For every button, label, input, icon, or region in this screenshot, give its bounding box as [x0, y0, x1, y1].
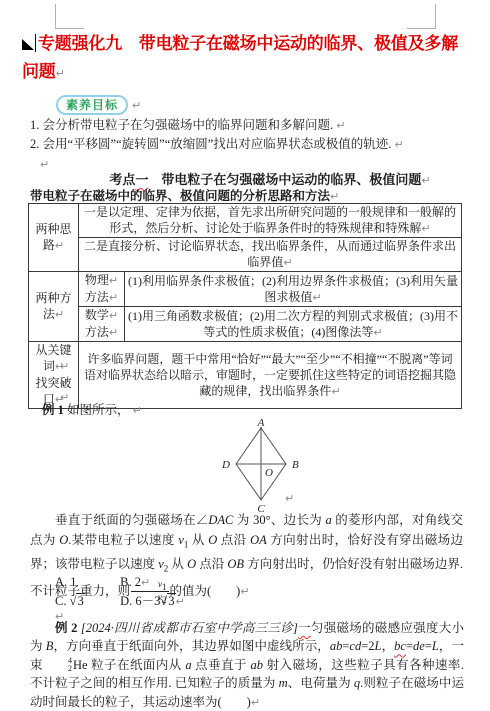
ex2-var: L — [375, 639, 382, 653]
vertex-label-D: D — [221, 459, 230, 471]
phys-method-text: (1)利用临界条件求极值；(2)利用边界条件求极值；(3)利用矢量图求极值 — [128, 274, 458, 304]
ex1-var: O — [208, 533, 217, 547]
goal-2-text: 2. 会用“平移圆”“旋转圆”“放缩圆”找出对应临界状态或极值的轨迹. — [30, 137, 395, 151]
rhombus-diagram: A B C D O — [213, 418, 343, 514]
ex1-text: 垂直于纸面的匀强磁场在∠ — [55, 513, 208, 527]
ex2-var: cd — [349, 639, 361, 653]
paragraph-mark: ↵ — [55, 308, 64, 321]
math-method-text: (1)用三角函数求极值；(2)用二次方程的判别式求极值；(3)用不等式的性质求极… — [128, 309, 458, 339]
table-row: 两种方法↵ 物理↵ 方法↵ (1)利用临界条件求极值；(2)利用边界条件求极值；… — [29, 272, 462, 307]
paragraph-mark: ↵ — [56, 67, 65, 80]
ex2-var: L — [432, 639, 439, 653]
ex1-text: 点沿 — [196, 557, 227, 571]
ex1-text: 点沿 — [217, 533, 250, 547]
example1-options: A. 1 B. 2↵ C. √3 D. 6－3√3↵ — [55, 573, 185, 611]
example1-intro-text: 如图所示， — [64, 403, 133, 417]
row1-label: 两种思路 — [35, 222, 71, 252]
phys-method-label-cell: 物理↵ 方法↵ — [79, 272, 125, 307]
ex1-var: O — [59, 533, 68, 547]
approach2-text: 二是直接分析、讨论临界状态，找出临界条件，从而通过临界条件求出临界值 — [84, 239, 456, 269]
paragraph-mark: ↵ — [395, 138, 404, 151]
paragraph-mark: ↵ — [312, 291, 321, 304]
ex1-var: OB — [227, 557, 244, 571]
goal-1-text: 1. 会分析带电粒子在匀强磁场中的临界问题和多解问题. — [30, 118, 336, 132]
math-method-content-cell: (1)用三角函数求极值；(2)用二次方程的判别式求极值；(3)用不等式的性质求极… — [125, 307, 462, 342]
paragraph-mark: ↵ — [240, 585, 249, 598]
option-b: B. 2 — [120, 575, 141, 589]
paragraph-mark: ↵ — [251, 696, 260, 709]
goal-list: 1. 会分析带电粒子在匀强磁场中的临界问题和多解问题. ↵ 2. 会用“平移圆”… — [30, 116, 466, 154]
empty-paragraph-group: ↵ ↵ ↵ — [60, 359, 69, 406]
paragraph-mark: ↵ — [109, 309, 118, 322]
page-title-text: 专题强化九 带电粒子在磁场中运动的临界、极值及多解问题 — [22, 34, 458, 81]
row2-label: 两种方法 — [35, 291, 71, 321]
ex1-text: 从 — [168, 557, 187, 571]
page-title: 专题强化九 带电粒子在磁场中运动的临界、极值及多解问题↵ — [22, 30, 458, 88]
ex2-text: 粒子在纸面内从 — [88, 658, 186, 672]
row1-approach2-cell: 二是直接分析、讨论临界状态，找出临界条件，从而通过临界条件求出临界值↵ — [79, 238, 462, 272]
ex2-var: ab — [330, 639, 343, 653]
ex1-var: O — [187, 557, 196, 571]
paragraph-mark: ↵ — [283, 256, 292, 269]
helium-isotope-notation: 42 — [43, 657, 72, 673]
ex2-var: de — [413, 639, 425, 653]
paragraph-mark: ↵ — [421, 174, 430, 187]
rhombus-figure: A B C D O — [213, 418, 343, 514]
paragraph-mark: ↵ — [60, 360, 69, 373]
exam-point-title: 带电粒子在匀强磁场中运动的临界、极值问题 — [148, 172, 421, 187]
ex2-text-squiggle: 一 — [298, 621, 311, 635]
helium-symbol: He — [73, 658, 88, 672]
row3-label-cell: 从关键词↵ 找突破口↵ — [29, 342, 79, 409]
option-row-ab: A. 1 B. 2↵ — [55, 573, 185, 592]
option-row-cd: C. √3 D. 6－3√3↵ — [55, 592, 185, 611]
phys-label-line2: 方法 — [85, 290, 109, 304]
table-row: 两种思路↵ 一是以定理、定律为依据，首先求出所研究问题的一般规律和一般解的形式，… — [29, 204, 462, 238]
figure-paragraph-mark: ↵ — [285, 489, 294, 507]
paragraph-mark: ↵ — [331, 385, 340, 398]
paragraph-mark: ↵ — [330, 190, 339, 203]
paragraph-mark: ↵ — [421, 222, 430, 235]
exam-point-number: 一 — [135, 172, 148, 187]
option-c: C. √3 — [55, 592, 117, 611]
ex1-text: 为 30°、边长为 — [233, 513, 325, 527]
ex2-var: m — [279, 676, 288, 690]
option-a: A. 1 — [55, 573, 117, 592]
goal-item-2: 2. 会用“平移圆”“旋转圆”“放缩圆”找出对应临界状态或极值的轨迹. ↵ — [30, 135, 466, 154]
goal-item-1: 1. 会分析带电粒子在匀强磁场中的临界问题和多解问题. ↵ — [30, 116, 466, 135]
example2-source: [2024·四川省成都市石室中学高三三诊] — [81, 621, 298, 635]
analysis-method-table: 两种思路↵ 一是以定理、定律为依据，首先求出所研究问题的一般规律和一般解的形式，… — [28, 203, 462, 409]
paragraph-mark: ↵ — [55, 239, 64, 252]
method-subtitle: 带电粒子在磁场中的临界、极值问题的分析思路和方法↵ — [30, 186, 339, 204]
paragraph-mark: ↵ — [336, 119, 345, 132]
math-label-line2: 方法 — [85, 325, 109, 339]
phys-label-line1: 物理 — [85, 273, 109, 287]
paragraph-mark: ↵ — [109, 274, 118, 287]
paragraph-mark: ↵ — [109, 291, 118, 304]
row2-label-cell: 两种方法↵ — [29, 272, 79, 342]
section-badge: 素养目标 ↵ — [56, 95, 141, 115]
ex1-text: .某带电粒子以速度 — [68, 533, 178, 547]
example1-label: 例 1 — [42, 403, 64, 417]
math-method-label-cell: 数学↵ 方法↵ — [79, 307, 125, 342]
ex1-text: 从 — [188, 533, 208, 547]
example2-body: 例 2 [2024·四川省成都市石室中学高三三诊]一匀强磁场的磁感应强度大小为 … — [30, 619, 464, 711]
ex2-text: 点垂直于 — [192, 658, 251, 672]
row1-label-cell: 两种思路↵ — [29, 204, 79, 272]
margin-cropmark-right — [407, 4, 436, 29]
ex2-text: ，方向垂直于纸面向外，其边界如图中虚线所示， — [53, 639, 329, 653]
approach1-text: 一是以定理、定律为依据，首先求出所研究问题的一般规律和一般解的形式，然后分析、讨… — [84, 205, 456, 235]
option-d: D. 6－3√3 — [120, 593, 175, 608]
row1-approach1-cell: 一是以定理、定律为依据，首先求出所研究问题的一般规律和一般解的形式，然后分析、讨… — [79, 204, 462, 238]
vertex-label-A: A — [257, 418, 265, 429]
paragraph-marker-icon — [22, 39, 34, 50]
paragraph-mark: ↵ — [285, 492, 294, 505]
exam-point-prefix: 考点 — [109, 172, 135, 187]
paragraph-mark: ↵ — [132, 99, 141, 112]
example2-label: 例 2 — [55, 621, 77, 635]
paragraph-mark: ↵ — [109, 326, 118, 339]
math-label-line1: 数学 — [85, 308, 109, 322]
paragraph-mark: ↵ — [133, 404, 142, 417]
paragraph-mark: ↵ — [141, 576, 150, 589]
example1-intro: 例 1 如图所示， ↵ — [42, 400, 142, 418]
paragraph-mark: ↵ — [176, 595, 185, 608]
table-row: 二是直接分析、讨论临界状态，找出临界条件，从而通过临界条件求出临界值↵ — [29, 238, 462, 272]
margin-cropmark-left — [55, 4, 84, 29]
vertex-label-B: B — [292, 459, 299, 471]
phys-method-content-cell: (1)利用临界条件求极值；(2)利用边界条件求极值；(3)利用矢量图求极值↵ — [125, 272, 462, 307]
center-label-O: O — [265, 467, 273, 479]
paragraph-mark: ↵ — [373, 326, 382, 339]
document-page: 专题强化九 带电粒子在磁场中运动的临界、极值及多解问题↵ 素养目标 ↵ 1. 会… — [0, 0, 490, 711]
row3-content-cell: 许多临界问题，题干中常用“恰好”“最大”“至少”“不相撞”“不脱离”等词语对临界… — [79, 342, 462, 409]
paragraph-mark: ↵ — [60, 376, 69, 389]
table-row: 从关键词↵ 找突破口↵ 许多临界问题，题干中常用“恰好”“最大”“至少”“不相撞… — [29, 342, 462, 409]
ex2-var-squiggle: bc — [394, 639, 406, 653]
ex1-var: DAC — [208, 513, 233, 527]
ex2-text: 、电荷量为 — [288, 676, 354, 690]
ex1-var: OA — [250, 533, 267, 547]
badge-label: 素养目标 — [56, 95, 128, 115]
text-cursor — [35, 34, 36, 52]
keyword-hint-text: 许多临界问题，题干中常用“恰好”“最大”“至少”“不相撞”“不脱离”等词语对临界… — [84, 352, 456, 398]
ex2-var: ab — [251, 658, 264, 672]
table-row: 数学↵ 方法↵ (1)用三角函数求极值；(2)用二次方程的判别式求极值；(3)用… — [29, 307, 462, 342]
method-subtitle-text: 带电粒子在磁场中的临界、极值问题的分析思路和方法 — [30, 189, 330, 203]
